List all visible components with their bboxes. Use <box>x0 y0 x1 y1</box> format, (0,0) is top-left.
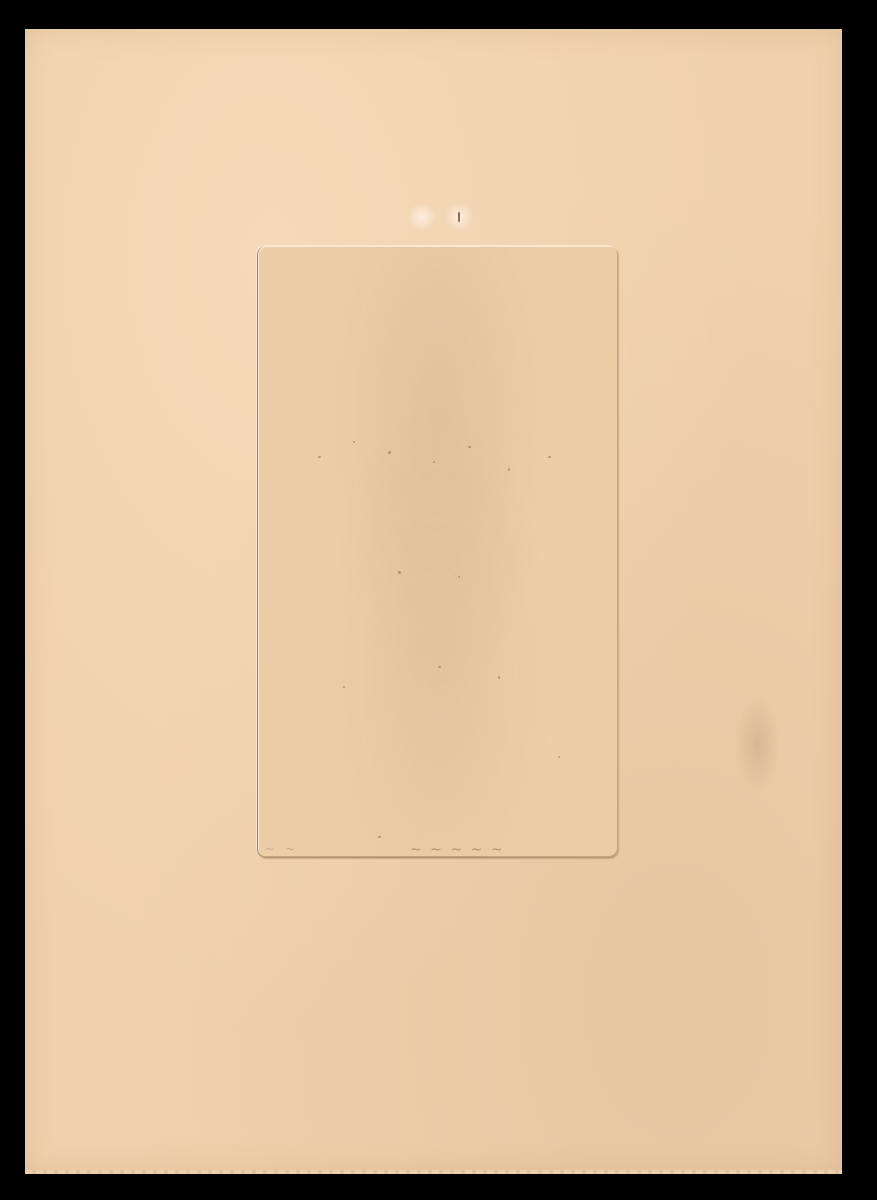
speckle <box>458 576 460 578</box>
binder-hole-left <box>409 204 435 230</box>
speckle <box>353 441 355 443</box>
speckle <box>433 461 435 463</box>
speckle <box>378 836 381 838</box>
speckle <box>398 571 401 574</box>
speckle <box>438 666 441 668</box>
speckle <box>318 456 321 458</box>
paper-sheet <box>25 29 842 1172</box>
speckle <box>468 446 471 448</box>
edition-number: ~ ~ <box>265 842 298 856</box>
speckle <box>498 676 500 679</box>
speckle <box>343 686 345 688</box>
hole-mark <box>458 212 460 222</box>
speckle <box>508 468 510 471</box>
speckle <box>558 756 560 758</box>
speckle <box>548 456 551 458</box>
plate-mark <box>257 246 618 858</box>
speckle <box>388 451 391 454</box>
deckle-edge <box>25 1170 842 1174</box>
pencil-smudge <box>735 694 780 794</box>
pencil-signature: ~ ~ ~ ~ ~ <box>410 842 504 858</box>
